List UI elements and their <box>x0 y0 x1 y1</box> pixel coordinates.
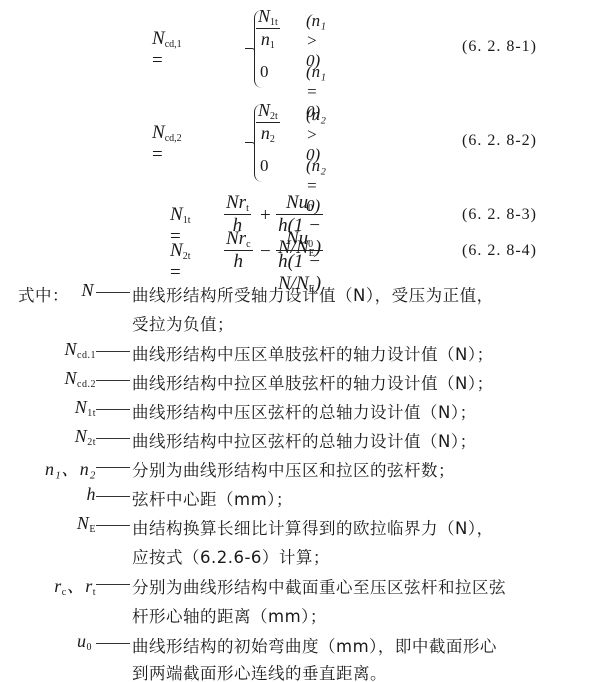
document-page: Ncd,1 = N1t n1 (n₁ > 0) 0 (n₁ = 0) (6. 2… <box>0 0 616 682</box>
def-dash <box>96 584 130 585</box>
def-desc-N1t: 曲线形结构中压区弦杆的总轴力设计值（N）； <box>132 399 477 423</box>
def-term-N: N <box>70 280 94 301</box>
eq3-operator: + <box>260 205 271 227</box>
def-dash <box>96 380 130 381</box>
def-term-h: h <box>40 484 96 505</box>
def-desc-NE-line2: 应按式（6.2.6-6）计算； <box>132 544 330 568</box>
def-desc-Ncd1: 曲线形结构中压区单肢弦杆的轴力设计值（N）； <box>132 341 494 365</box>
def-desc-rc-rt-line1: 分别为曲线形结构中截面重心至压区弦杆和拉区弦 <box>132 574 506 598</box>
eq2-fraction: N2t n2 <box>256 100 280 145</box>
def-desc-u0-line2: 到两端截面形心连线的垂直距离。 <box>132 660 387 682</box>
def-dash <box>96 525 130 526</box>
def-desc-Ncd2: 曲线形结构中拉区单肢弦杆的轴力设计值（N）； <box>132 370 494 394</box>
def-desc-N2t: 曲线形结构中拉区弦杆的总轴力设计值（N）； <box>132 428 477 452</box>
def-dash <box>96 292 130 293</box>
definitions-intro: 式中： <box>18 282 69 306</box>
eq4-lhs: N2t = <box>170 240 190 284</box>
def-dash <box>96 409 130 410</box>
def-desc-u0-line1: 曲线形结构的初始弯曲度（mm），即中截面形心 <box>132 633 497 657</box>
def-desc-n1-n2: 分别为曲线形结构中压区和拉区的弦杆数； <box>132 457 455 481</box>
equation-number-2: (6. 2. 8-2) <box>462 132 537 150</box>
eq4-operator: − <box>260 241 271 263</box>
def-term-Ncd1: Ncd.1 <box>40 339 96 361</box>
eq2-lhs: Ncd,2 = <box>152 122 182 166</box>
eq2-case2-value: 0 <box>260 156 269 176</box>
def-term-rc-rt: rc、rt <box>20 572 96 598</box>
def-dash <box>96 643 130 644</box>
def-desc-N-line1: 曲线形结构所受轴力设计值（N），受压为正值， <box>132 282 494 306</box>
equation-number-1: (6. 2. 8-1) <box>462 38 537 56</box>
def-dash <box>96 496 130 497</box>
eq4-fraction-1: Nrc h <box>224 228 253 273</box>
def-term-N2t: N2t <box>40 426 96 448</box>
def-term-NE: NE <box>40 513 96 535</box>
def-term-N1t: N1t <box>40 397 96 419</box>
equation-number-4: (6. 2. 8-4) <box>462 242 537 260</box>
def-term-Ncd2: Ncd.2 <box>40 368 96 390</box>
def-desc-NE-line1: 由结构换算长细比计算得到的欧拉临界力（N）， <box>132 515 494 539</box>
eq1-case2-value: 0 <box>260 62 269 82</box>
def-desc-rc-rt-line2: 杆形心轴的距离（mm）； <box>132 603 327 627</box>
eq1-fraction: N1t n1 <box>256 6 280 51</box>
def-term-u0: u0 <box>40 631 92 653</box>
def-desc-h: 弦杆中心距（mm）； <box>132 486 293 510</box>
equation-number-3: (6. 2. 8-3) <box>462 206 537 224</box>
def-dash <box>96 351 130 352</box>
def-dash <box>96 438 130 439</box>
eq1-lhs: Ncd,1 = <box>152 28 182 72</box>
def-desc-N-line2: 受拉为负值； <box>132 311 234 335</box>
def-term-n1-n2: n₁、n₂ <box>20 455 96 481</box>
def-dash <box>96 467 130 468</box>
